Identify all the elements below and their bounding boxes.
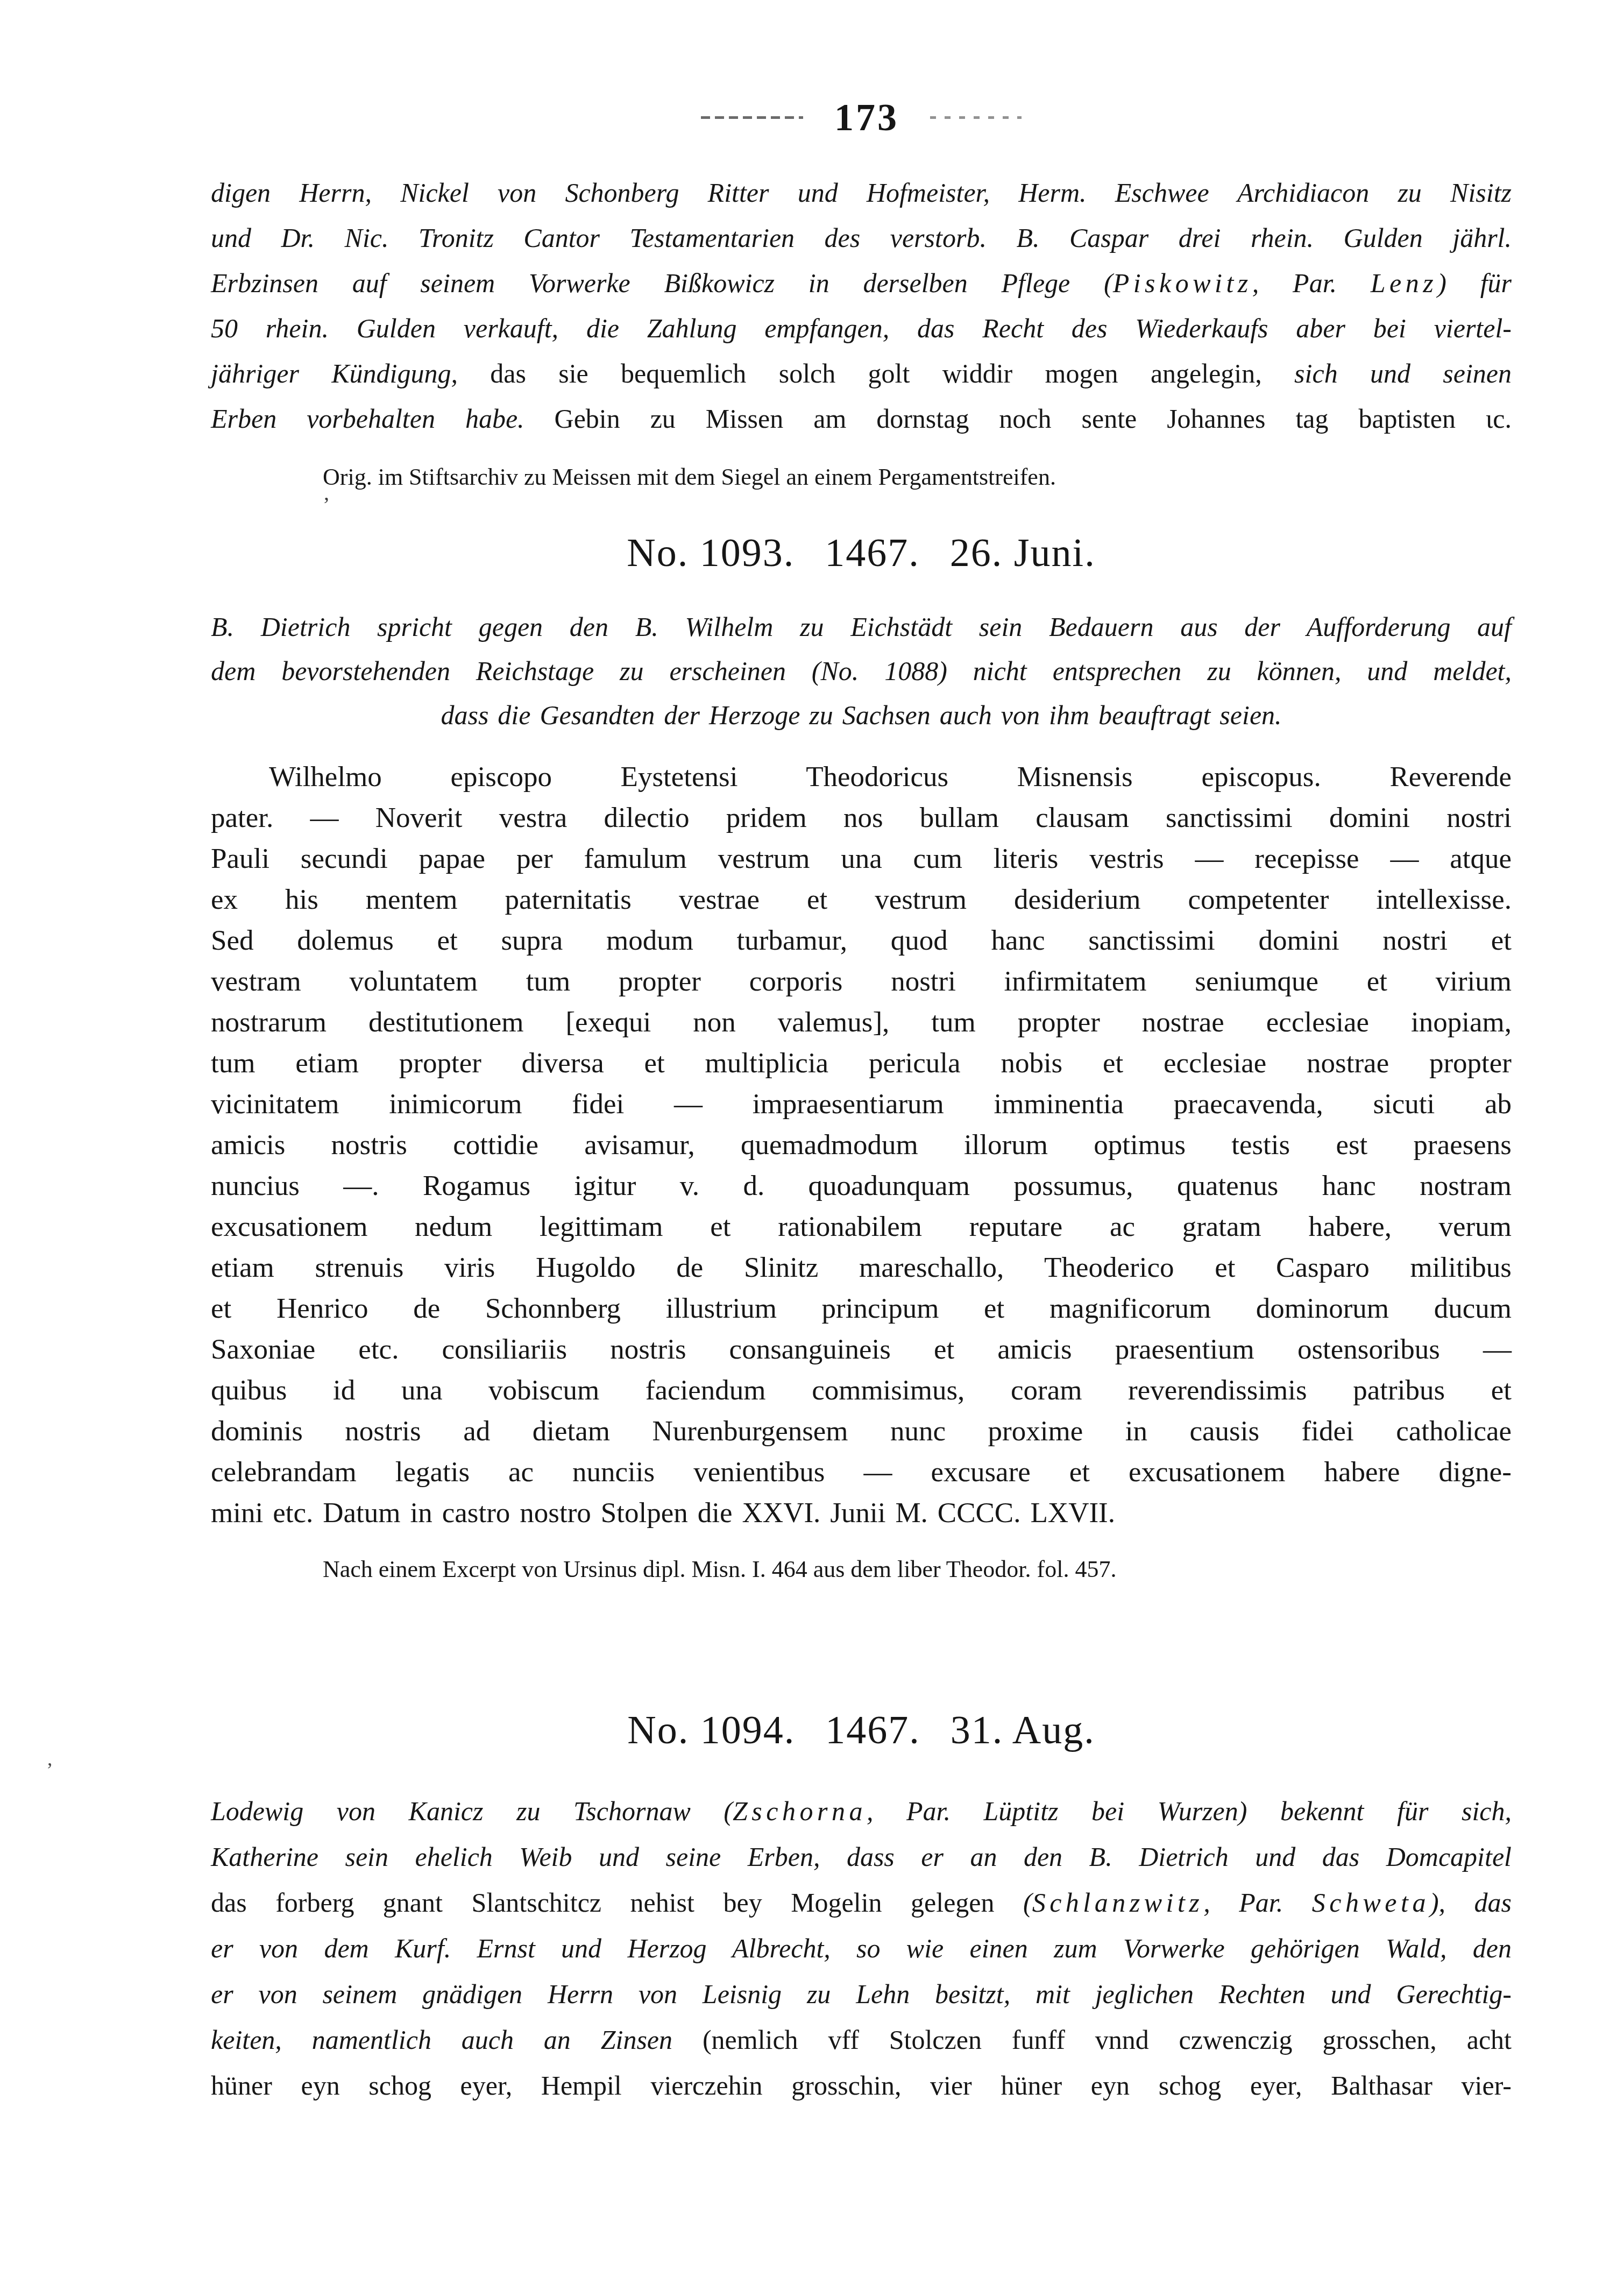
text-line: dem bevorstehenden Reichstage zu erschei…	[211, 649, 1512, 693]
text-line: etiam strenuis viris Hugoldo de Slinitz …	[211, 1247, 1512, 1288]
text-line: nuncius —. Rogamus igitur v. d. quoadunq…	[211, 1165, 1512, 1206]
entry-1094-number: No. 1094.	[627, 1708, 795, 1752]
page-content: 173 digen Herrn, Nickel von Schonberg Ri…	[211, 0, 1512, 2109]
scan-dash-artifact-right	[930, 116, 1022, 119]
text-line: excusationem nedum legittimam et rationa…	[211, 1206, 1512, 1247]
scan-mark-apostrophe: ’	[323, 492, 1512, 518]
text-line: dass die Gesandten der Herzoge zu Sachse…	[211, 693, 1512, 737]
text-line: Pauli secundi papae per famulum vestrum …	[211, 838, 1512, 879]
entry-1093-number: No. 1093.	[627, 531, 795, 575]
text-line: und Dr. Nic. Tronitz Cantor Testamentari…	[211, 215, 1512, 260]
text-line: 50 rhein. Gulden verkauft, die Zahlung e…	[211, 306, 1512, 351]
text-line: mini etc. Datum in castro nostro Stolpen…	[211, 1493, 1512, 1533]
text-line: Katherine sein ehelich Weib und seine Er…	[211, 1834, 1512, 1880]
entry-1093-date: 26. Juni.	[950, 531, 1096, 575]
entry-1093-source-note: Nach einem Excerpt von Ursinus dipl. Mis…	[323, 1555, 1512, 1584]
text-line: amicis nostris cottidie avisamur, quemad…	[211, 1125, 1512, 1165]
entry-1093-heading: No. 1093.1467.26. Juni.	[211, 528, 1512, 578]
text-line: Sed dolemus et supra modum turbamur, quo…	[211, 920, 1512, 961]
text-line: quibus id una vobiscum faciendum commisi…	[211, 1370, 1512, 1411]
scan-dash-artifact-left	[701, 116, 803, 119]
entry-1093-body: Wilhelmo episcopo Eystetensi Theodoricus…	[211, 756, 1512, 1533]
entry-continuation-paragraph: digen Herrn, Nickel von Schonberg Ritter…	[211, 170, 1512, 441]
text-line: dominis nostris ad dietam Nurenburgensem…	[211, 1411, 1512, 1452]
text-line: Wilhelmo episcopo Eystetensi Theodoricus…	[211, 756, 1512, 797]
continuation-source-note: Orig. im Stiftsarchiv zu Meissen mit dem…	[323, 463, 1512, 492]
text-line: tum etiam propter diversa et multiplicia…	[211, 1043, 1512, 1084]
text-line: Erbzinsen auf seinem Vorwerke Bißkowicz …	[211, 260, 1512, 306]
text-line: hüner eyn schog eyer, Hempil vierczehin …	[211, 2063, 1512, 2109]
text-line: pater. — Noverit vestra dilectio pridem …	[211, 797, 1512, 838]
entry-1093-summary: B. Dietrich spricht gegen den B. Wilhelm…	[211, 605, 1512, 737]
text-line: er von dem Kurf. Ernst und Herzog Albrec…	[211, 1926, 1512, 1971]
text-line: Saxoniae etc. consiliariis nostris consa…	[211, 1329, 1512, 1370]
page-number: 173	[834, 96, 899, 139]
text-line: ex his mentem paternitatis vestrae et ve…	[211, 879, 1512, 920]
text-line: B. Dietrich spricht gegen den B. Wilhelm…	[211, 605, 1512, 649]
text-line: keiten, namentlich auch an Zinsen (nemli…	[211, 2017, 1512, 2063]
text-line: Erben vorbehalten habe. Gebin zu Missen …	[211, 396, 1512, 441]
text-line: celebrandam legatis ac nunciis venientib…	[211, 1452, 1512, 1493]
text-line: er von seinem gnädigen Herrn von Leisnig…	[211, 1971, 1512, 2017]
entry-1094-heading: No. 1094.1467.31. Aug.	[211, 1706, 1512, 1755]
entry-1094-body: Lodewig von Kanicz zu Tschornaw (Zschorn…	[211, 1788, 1512, 2109]
entry-1094-date: 31. Aug.	[951, 1708, 1095, 1752]
text-line: et Henrico de Schonnberg illustrium prin…	[211, 1288, 1512, 1329]
page-header: 173	[211, 0, 1512, 139]
entry-1094-year: 1467.	[825, 1708, 920, 1752]
text-line: jähriger Kündigung, das sie bequemlich s…	[211, 351, 1512, 396]
text-line: vicinitatem inimicorum fidei — impraesen…	[211, 1084, 1512, 1125]
text-line: nostrarum destitutionem [exequi non vale…	[211, 1002, 1512, 1043]
text-line: Lodewig von Kanicz zu Tschornaw (Zschorn…	[211, 1788, 1512, 1834]
scanned-book-page: ’ 173 digen Herrn, Nickel von Schonberg …	[0, 0, 1624, 2284]
scan-mark-left-margin: ’	[46, 1758, 53, 1782]
text-line: das forberg gnant Slantschitcz nehist be…	[211, 1880, 1512, 1926]
text-line: digen Herrn, Nickel von Schonberg Ritter…	[211, 170, 1512, 215]
entry-1093-year: 1467.	[825, 531, 920, 575]
text-line: vestram voluntatem tum propter corporis …	[211, 961, 1512, 1002]
